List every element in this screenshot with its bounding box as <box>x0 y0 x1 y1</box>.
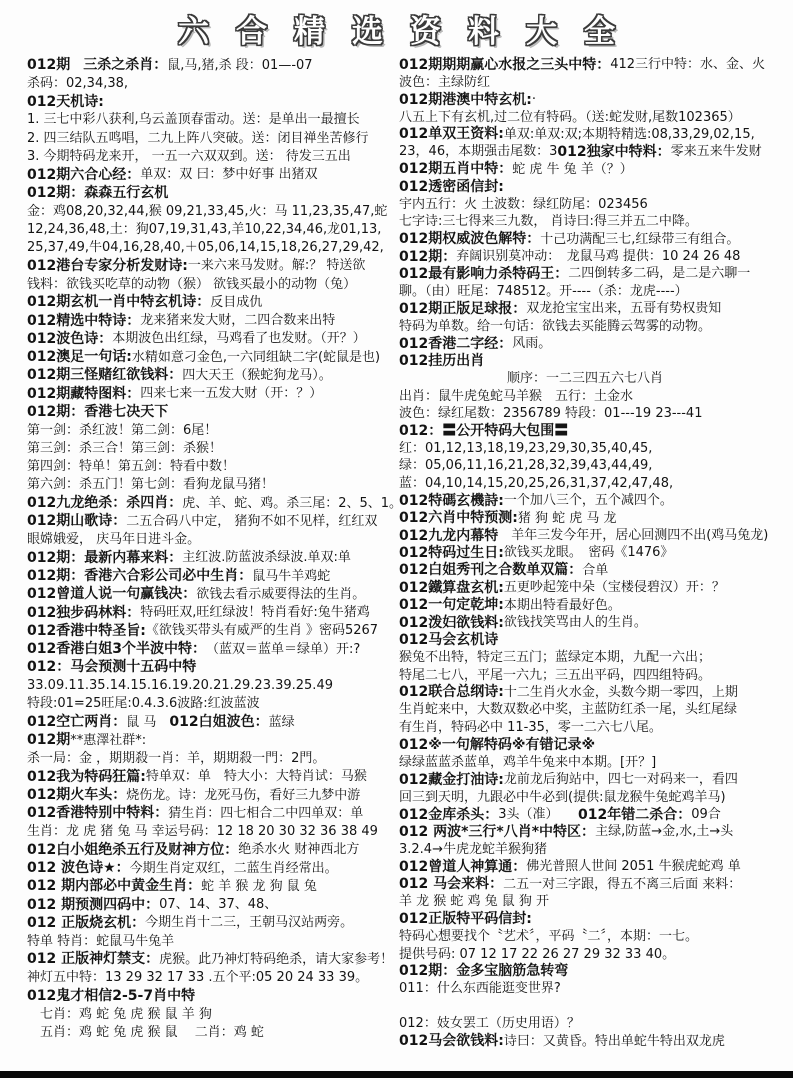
line-text: 聊。（由）旺尾：748512。开----（杀：龙虎----） <box>399 285 688 298</box>
info-line: 012正版特平码信封: <box>399 910 771 927</box>
line-label: 012鬼才相信2-5-7肖中特 <box>27 989 195 1003</box>
info-line: 八五上下有玄机,过二位有特码。（送:蛇发财,尾数102365） <box>399 108 771 125</box>
line-label: 012※一句解特码※有错记录※ <box>399 738 595 752</box>
info-line: 特码心想要找个〝艺术〞，平码〝二〞，本期：一七。 <box>399 928 771 945</box>
line-text: 生肖蛇来中，大数双数必中奖，主蓝防红杀一尾，头红尾绿 <box>399 703 737 716</box>
line-text: 五更吵起笼中朵（宝楼侵碧汉）开：？ <box>504 581 725 594</box>
line-label: 012单双王资料: <box>399 127 504 141</box>
info-line: 特码为单数。给一句话：欲钱去买能腾云驾雾的动物。 <box>399 318 771 335</box>
info-line: 聊。（由）旺尾：748512。开----（杀：龙虎----） <box>399 283 771 300</box>
line-label: 012曾道人神算通： <box>399 860 526 874</box>
line-label: 012 马会来料： <box>399 877 503 891</box>
info-line: 012天机诗: <box>27 93 399 111</box>
info-line: 012期：香港六合彩公司必中生肖：鼠马牛羊鸡蛇 <box>27 567 399 585</box>
info-line: 眼嫦娥爱， 庆马年日进斗金。 <box>27 531 399 549</box>
line-label: 012白姐波色： <box>169 715 268 729</box>
line-label: 012六肖中特预测: <box>399 511 518 525</box>
info-line: 012独步码林料：特码旺双,旺红绿波！特肖看好:兔牛猪鸡 <box>27 604 399 622</box>
line-label: 012最有影响力杀特码王： <box>399 267 568 281</box>
info-line: 012期五肖中特：蛇 虎 牛 兔 羊（？） <box>399 161 771 178</box>
line-text: 四来七来一五发大财（开：？） <box>140 387 322 400</box>
line-text: 欲钱买龙眼。 密码《1476》 <box>504 546 674 559</box>
info-line: 012期**惠澤社群*: <box>27 731 399 749</box>
info-line: 3. 今期特码龙来开， 一五一六双双到。送： 待发三五出 <box>27 147 399 165</box>
line-label: 012 波色诗★： <box>27 861 130 875</box>
line-text: 羊年三发今年开，居心回测四不出(鸡马兔龙) <box>498 529 768 542</box>
info-line: 012：妓女罢工（历史用语）？ <box>399 1015 771 1032</box>
line-text: 绿绿蓝蓝杀蓝单，鸡羊牛兔来中本期。[开？] <box>399 756 656 769</box>
line-label: 012白姐秀刊之合数单双篇： <box>399 563 582 577</box>
line-text: 12,24,36,48,土：狗07,19,31,43,羊10,22,34,46,… <box>27 223 381 236</box>
line-text: 第六剑：杀五门！第七剑：看狗龙鼠马猪！ <box>27 478 274 491</box>
info-line: 012期三怪赌红欲钱料：四大天王（猴蛇狗龙马）。 <box>27 366 399 384</box>
info-line: 012白小姐绝杀五行及财神方位：绝杀水火 财神西北方 <box>27 841 399 859</box>
line-text: 主绿,防蓝→金,水,土→头 <box>595 825 733 838</box>
line-text: 欲钱找笑骂由人的生肖。 <box>504 616 647 629</box>
line-text: 风雨。 <box>512 337 551 350</box>
info-line: 012我为特码狂篇:特单双：单 特大小：大特肖试：马猴 <box>27 768 399 786</box>
line-label: 012期五肖中特： <box>399 162 512 176</box>
line-label: 012期期期赢心水报之三头中特： <box>399 58 610 72</box>
info-line: 012曾道人说一句赢钱决：欲钱去看示威要得法的生肖。 <box>27 585 399 603</box>
info-line: 七肖：鸡 蛇 兔 虎 猴 鼠 羊 狗 <box>27 1005 399 1023</box>
line-label: 012期：最新内幕来料： <box>27 551 182 565</box>
line-text: 25,37,49,牛04,16,28,40,＋05,06,14,15,18,26… <box>27 241 384 254</box>
line-text: 佛光普照人世间 2051 牛猴虎蛇鸡 单 <box>526 860 740 873</box>
line-text: 第三剑：杀三合！第三剑：杀猴！ <box>27 442 222 455</box>
info-line: 绿：05,06,11,16,21,28,32,39,43,44,49, <box>399 457 771 474</box>
line-label: 012特碼玄機詩: <box>399 494 504 508</box>
info-line: 012鐵算盘玄机:五更吵起笼中朵（宝楼侵碧汉）开：？ <box>399 579 771 596</box>
line-label: 012：马会预测十五码中特 <box>27 660 196 674</box>
info-line: 012期：金多宝脑筋急转弯 <box>399 963 771 980</box>
line-text: 主红波.防蓝波杀绿波.单双:单 <box>182 551 351 564</box>
line-text: 提供号码: 07 12 17 22 26 27 29 32 33 40。 <box>399 948 675 961</box>
info-line: 012 正版神灯禁支：虎猴。此乃神灯特码绝杀，请大家参考！ <box>27 950 399 968</box>
line-text: 3头（准） <box>498 808 578 821</box>
info-line: 012香港白姐3个半波中特：（蓝双＝蓝单＝绿单）开:? <box>27 640 399 658</box>
line-text: 绿：05,06,11,16,21,28,32,39,43,44,49, <box>399 459 652 472</box>
info-line <box>399 998 771 1015</box>
line-label: 三杀之杀肖： <box>83 58 167 72</box>
info-line: 012 正版烧玄机：今期生肖十二三，王朝马汉站两旁。 <box>27 914 399 932</box>
info-line: 012期权威波色解特：十己功满配三七,红绿带三有组合。 <box>399 230 771 247</box>
info-line: 012香港特别中特料：猜生肖：四七相合二中四单双：单 <box>27 804 399 822</box>
line-label: 012期 <box>27 733 70 747</box>
info-line: 3.2.4→牛虎龙蛇羊猴狗猪 <box>399 841 771 858</box>
info-line: 特段:01=25旺尾:0.4.3.6波路:红波蓝波 <box>27 695 399 713</box>
line-label: 012联合总纲诗: <box>399 685 504 699</box>
line-text: 虎猴。此乃神灯特码绝杀，请大家参考！ <box>159 953 393 966</box>
line-text: 本期波色出红绿，马鸡看了也发财。（开？） <box>112 332 366 345</box>
line-label: 012 期内部必中黄金生肖： <box>27 879 201 893</box>
info-line: 012：马会预测十五码中特 <box>27 658 399 676</box>
line-label: 012独步码林料： <box>27 606 140 620</box>
line-text: 零来五来牛发财 <box>671 145 762 158</box>
line-text: 单双：双 曰：梦中好事 出猪双 <box>140 168 317 181</box>
info-line: 012期玄机一肖中特玄机诗：反目成仇 <box>27 293 399 311</box>
info-line: 012精选中特诗：龙来猪来发大财，二四合数来出特 <box>27 312 399 330</box>
bottom-border <box>0 1071 793 1078</box>
line-label: 012一句定乾坤: <box>399 598 504 612</box>
info-line: 金：鸡08,20,32,44,猴 09,21,33,45,火：马 11,23,3… <box>27 202 399 220</box>
line-text: 钱料：欲钱买吃草的动物（猴） 欲钱买最小的动物（兔） <box>27 278 356 291</box>
info-line: 012期六合心经：单双：双 曰：梦中好事 出猪双 <box>27 166 399 184</box>
line-label: 012期：森森五行玄机 <box>27 186 168 200</box>
line-label: 012期火车头： <box>27 788 126 802</box>
line-text: 八五上下有玄机,过二位有特码。（送:蛇发财,尾数102365） <box>399 111 741 124</box>
line-label: 012正版特平码信封: <box>399 912 532 926</box>
line-text: 龙前龙后狗站中，四七一对码来一，看四 <box>504 773 738 786</box>
info-line: 有生肖，特码必中 11-35，零一二六七八尾。 <box>399 719 771 736</box>
line-text: 412三行中特：水、金、火 <box>610 58 765 71</box>
info-line: 012 期内部必中黄金生肖：蛇 羊 猴 龙 狗 鼠 兔 <box>27 877 399 895</box>
info-line: 神灯五中特：13 29 32 17 33 .五个平:05 20 24 33 39… <box>27 969 399 987</box>
info-line: 绿绿蓝蓝杀蓝单，鸡羊牛兔来中本期。[开？] <box>399 754 771 771</box>
line-text: 五肖：鸡 蛇 兔 虎 猴 鼠 二肖：鸡 蛇 <box>27 1026 264 1039</box>
info-line: 猴兔不出特，特定三五门；蓝绿定本期，九配一六出； <box>399 649 771 666</box>
info-line: 012期：森森五行玄机 <box>27 184 399 202</box>
info-line: 012联合总纲诗:十二生肖火水金，头数今期一零四，上期 <box>399 684 771 701</box>
info-line: 012特碼玄機詩:一个加八三个，五个减四个。 <box>399 492 771 509</box>
line-text: 烧伤龙。诗：龙死马伤，看好三九梦中游 <box>126 789 360 802</box>
line-text: 一来六来马发财。解:？ 特送欲 <box>188 259 366 272</box>
page-header: 六合精选资料大全 <box>0 0 793 56</box>
line-text: 欲钱去看示威要得法的生肖。 <box>196 588 365 601</box>
info-line: 012最有影响力杀特码王：二四倒转多二码，是二是六聊一 <box>399 265 771 282</box>
line-label: 012期： <box>399 250 456 264</box>
line-text: 蓝绿 <box>269 716 295 729</box>
info-line: 012香港二字经：风雨。 <box>399 335 771 352</box>
info-line: 生肖：龙 虎 猪 兔 马 幸运号码：12 18 20 30 32 36 38 4… <box>27 823 399 841</box>
line-label: 012九龙内幕特 <box>399 529 498 543</box>
info-line: 012九龙绝杀：杀四肖：虎、羊、蛇、鸡。杀三尾：2、5、1。 <box>27 494 399 512</box>
line-label: 012期藏特图料： <box>27 387 140 401</box>
line-text: 神灯五中特：13 29 32 17 33 .五个平:05 20 24 33 39… <box>27 971 368 984</box>
line-text: 诗曰：又黄昏。特出单蛇牛特出双龙虎 <box>504 1035 725 1048</box>
line-text: 本期出特看最好色。 <box>504 599 621 612</box>
info-line: 012澳足一句话:水精如意刁金色,一六同组缺二字(蛇鼠是也) <box>27 348 399 366</box>
line-text: 合单 <box>582 564 608 577</box>
info-line: 1. 三七中彩八获利,乌云盖顶春雷动。送：是单出一最擅长 <box>27 111 399 129</box>
line-label: 012期三怪赌红欲钱料： <box>27 368 182 382</box>
info-line: 012特码过生日:欲钱买龙眼。 密码《1476》 <box>399 544 771 561</box>
line-text: 十己功满配三七,红绿带三有组合。 <box>540 233 739 246</box>
line-text: 2. 四三结队五鸣唱，二九上阵八突破。送：闭目禅坐苦修行 <box>27 132 369 145</box>
info-line: 012马会玄机诗 <box>399 631 771 648</box>
info-line: 钱料：欲钱买吃草的动物（猴） 欲钱买最小的动物（兔） <box>27 275 399 293</box>
line-label: 012精选中特诗： <box>27 314 140 328</box>
info-line: 012香港中特圣旨:《欲钱买带头有威严的生肖 》密码5267 <box>27 622 399 640</box>
line-text: 十二生肖火水金，头数今期一零四，上期 <box>504 686 738 699</box>
left-column: 012期 三杀之杀肖：鼠,马,猪,杀 段：01—-07杀码：02,34,38,0… <box>27 56 399 1050</box>
info-line: 23，46，本期强击尾数：3 012独家中特料：零来五来牛发财 <box>399 143 771 160</box>
lottery-info-sheet: 六合精选资料大全 012期 三杀之杀肖：鼠,马,猪,杀 段：01—-07杀码：0… <box>0 0 793 1050</box>
line-text <box>70 59 83 72</box>
info-line: 012波色诗：本期波色出红绿，马鸡看了也发财。（开？） <box>27 330 399 348</box>
line-text: 今期生肖十二三，王朝马汉站两旁。 <box>145 916 353 929</box>
line-text: 二五一对三字跟，得五不离三后面 来料： <box>503 878 741 891</box>
info-line: 012挂历出肖 <box>399 352 771 369</box>
line-text: 特码为单数。给一句话：欲钱去买能腾云驾雾的动物。 <box>399 320 711 333</box>
line-label: 012鐵算盘玄机: <box>399 581 504 595</box>
line-label: 012我为特码狂篇: <box>27 770 146 784</box>
line-text: 3. 今期特码龙来开， 一五一六双双到。送： 待发三五出 <box>27 150 351 163</box>
info-line: 出肖：鼠牛虎兔蛇马羊猴 五行：土金水 <box>399 387 771 404</box>
line-label: 012 两波*三行*八肖*中特区： <box>399 825 595 839</box>
line-label: 012期权威波色解特： <box>399 232 540 246</box>
line-text: 眼嫦娥爱， 庆马年日进斗金。 <box>27 533 200 546</box>
line-label: 012波色诗： <box>27 332 112 346</box>
line-text: 二四倒转多二码，是二是六聊一 <box>568 267 750 280</box>
info-line: 012期 三杀之杀肖：鼠,马,猪,杀 段：01—-07 <box>27 56 399 74</box>
line-text: 特尾二七八，平尾一六九；三五出平码，四四组特码。 <box>399 669 711 682</box>
line-text: 猜生肖：四七相合二中四单双：单 <box>168 807 363 820</box>
line-text: （蓝双＝蓝单＝绿单）开:? <box>206 643 360 656</box>
info-line: 012期山歌诗：二五合码八中定， 猪狗不如不见样，红红双 <box>27 512 399 530</box>
line-label: 012天机诗: <box>27 95 104 109</box>
line-text: 鼠 马 <box>126 716 169 729</box>
line-label: 012期：香港六合彩公司必中生肖： <box>27 569 252 583</box>
line-text: 生肖：龙 虎 猪 兔 马 幸运号码：12 18 20 30 32 36 38 4… <box>27 825 378 838</box>
line-text: 蛇 虎 牛 兔 羊（？） <box>512 163 633 176</box>
info-line: 33.09.11.35.14.15.16.19.20.21.29.23.39.2… <box>27 677 399 695</box>
line-text: 羊 龙 猴 蛇 鸡 兔 鼠 狗 开 <box>399 895 549 908</box>
info-line: 012 期预测四码中：07、14、37、48、 <box>27 896 399 914</box>
line-text: 杀一局：金 ，期期殺一肖：羊，期期殺一門：2門。 <box>27 752 325 765</box>
line-label: 012期港澳中特玄机: <box>399 93 532 107</box>
line-label: 012马会玄机诗 <box>399 633 498 647</box>
line-text: · <box>532 93 536 106</box>
line-text: 特单双：单 特大小：大特肖试：马猴 <box>146 770 367 783</box>
line-text: 09合 <box>691 808 721 821</box>
info-line: 顺序：一二三四五六七八肖 <box>399 370 771 387</box>
info-line: 012期：香港七决天下 <box>27 403 399 421</box>
info-line: 012藏金打油诗:龙前龙后狗站中，四七一对码来一，看四 <box>399 771 771 788</box>
line-label: 012曾道人说一句赢钱决： <box>27 587 196 601</box>
line-text: 波色：绿红尾数：2356789 特段：01---19 23---41 <box>399 407 702 420</box>
info-line: 提供号码: 07 12 17 22 26 27 29 32 33 40。 <box>399 945 771 962</box>
info-line: 012马会欲钱料:诗曰：又黄昏。特出单蛇牛特出双龙虎 <box>399 1033 771 1050</box>
content-columns: 012期 三杀之杀肖：鼠,马,猪,杀 段：01—-07杀码：02,34,38,0… <box>0 56 793 1050</box>
line-label: 012香港二字经： <box>399 337 512 351</box>
line-label: 012空亡两肖： <box>27 715 126 729</box>
line-text: 蓝：04,10,14,15,20,25,26,31,37,42,47,48, <box>399 477 673 490</box>
line-label: 012独家中特料： <box>557 145 670 159</box>
line-text: 红：01,12,13,18,19,23,29,30,35,40,45, <box>399 442 652 455</box>
line-text: 特码旺双,旺红绿波！特肖看好:兔牛猪鸡 <box>140 606 370 619</box>
line-label: 012期：香港七决天下 <box>27 405 168 419</box>
info-line: 五肖：鸡 蛇 兔 虎 猴 鼠 二肖：鸡 蛇 <box>27 1023 399 1041</box>
info-line: 012鬼才相信2-5-7肖中特 <box>27 987 399 1005</box>
line-text: 水精如意刁金色,一六同组缺二字(蛇鼠是也) <box>132 351 380 364</box>
info-line: 第三剑：杀三合！第三剑：杀猴！ <box>27 439 399 457</box>
info-line: 012期港澳中特玄机: · <box>399 91 771 108</box>
info-line: 红：01,12,13,18,19,23,29,30,35,40,45, <box>399 440 771 457</box>
info-line: 012 波色诗★：今期生肖定双红，二蓝生肖经常出。 <box>27 859 399 877</box>
line-text: 鼠马牛羊鸡蛇 <box>252 570 330 583</box>
line-label: 012 正版神灯禁支： <box>27 952 159 966</box>
line-text: 011：什么东西能逛变世界? <box>399 982 561 995</box>
info-line: 012※一句解特码※有错记录※ <box>399 736 771 753</box>
info-line: 012空亡两肖：鼠 马 012白姐波色：蓝绿 <box>27 713 399 731</box>
line-text: 一个加八三个，五个减四个。 <box>504 494 673 507</box>
line-label: 012特码过生日: <box>399 546 504 560</box>
line-label: 012期六合心经： <box>27 168 140 182</box>
line-label: 012泼妇欲钱料: <box>399 616 504 630</box>
line-text: 波色：主绿防红 <box>399 76 490 89</box>
line-text: 23，46，本期强击尾数：3 <box>399 145 557 158</box>
line-label: 012期正版足球报： <box>399 302 526 316</box>
line-text: 反目成仇 <box>210 296 262 309</box>
line-text: 回三到天明，九跟必中牛必到(提供:鼠龙猴牛兔蛇鸡羊马) <box>399 791 726 804</box>
info-line: 杀一局：金 ，期期殺一肖：羊，期期殺一門：2門。 <box>27 750 399 768</box>
info-line: 012 马会来料：二五一对三字跟，得五不离三后面 来料： <box>399 876 771 893</box>
info-line: 012泼妇欲钱料:欲钱找笑骂由人的生肖。 <box>399 614 771 631</box>
line-text: **惠澤社群*: <box>70 734 146 747</box>
info-line: 012港台专家分析发财诗:一来六来马发财。解:？ 特送欲 <box>27 257 399 275</box>
info-line: 七字诗:三七得来三九数， 肖诗曰:得三并五二中降。 <box>399 213 771 230</box>
info-line: 012白姐秀刊之合数单双篇：合单 <box>399 562 771 579</box>
line-text: 龙来猪来发大财，二四合数来出特 <box>140 314 335 327</box>
line-text: 特单 特肖：蛇鼠马牛兔羊 <box>27 935 174 948</box>
info-line: 012九龙内幕特 羊年三发今年开，居心回测四不出(鸡马兔龙) <box>399 527 771 544</box>
info-line: 第六剑：杀五门！第七剑：看狗龙鼠马猪！ <box>27 476 399 494</box>
page-title: 六合精选资料大全 <box>151 6 642 51</box>
info-line: 012：〓公开特码大包围〓 <box>399 422 771 439</box>
line-text: 特段:01=25旺尾:0.4.3.6波路:红波蓝波 <box>27 697 260 710</box>
info-line: 012期火车头：烧伤龙。诗：龙死马伤，看好三九梦中游 <box>27 786 399 804</box>
line-label: 012期：金多宝脑筋急转弯 <box>399 964 568 978</box>
info-line: 012曾道人神算通：佛光普照人世间 2051 牛猴虎蛇鸡 单 <box>399 858 771 875</box>
line-label: 012金库杀头： <box>399 808 498 822</box>
line-text: 单双:单双:双;本期特精选:08,33,29,02,15, <box>504 128 755 141</box>
line-text: 杀码：02,34,38, <box>27 77 128 90</box>
info-line: 羊 龙 猴 蛇 鸡 兔 鼠 狗 开 <box>399 893 771 910</box>
info-line: 特尾二七八，平尾一六九；三五出平码，四四组特码。 <box>399 666 771 683</box>
line-text: 出肖：鼠牛虎兔蛇马羊猴 五行：土金水 <box>399 390 633 403</box>
info-line: 012透密函信封: <box>399 178 771 195</box>
line-text: 七肖：鸡 蛇 兔 虎 猴 鼠 羊 狗 <box>27 1008 212 1021</box>
line-text: 绝杀水火 财神西北方 <box>238 843 359 856</box>
line-label: 012香港白姐3个半波中特： <box>27 642 206 656</box>
line-label: 012白小姐绝杀五行及财神方位： <box>27 843 238 857</box>
line-text: 宇内五行：火 土波数：绿红防尾：023456 <box>399 198 648 211</box>
line-text: 有生肖，特码必中 11-35，零一二六七八尾。 <box>399 721 662 734</box>
line-text: 3.2.4→牛虎龙蛇羊猴狗猪 <box>399 843 547 856</box>
line-text: 第四剑：特单！第五剑：特看中数！ <box>27 460 235 473</box>
line-text: 鼠,马,猪,杀 段：01—-07 <box>167 59 312 72</box>
line-label: 012香港特别中特料： <box>27 806 168 820</box>
line-label: 012藏金打油诗: <box>399 773 504 787</box>
info-line: 宇内五行：火 土波数：绿红防尾：023456 <box>399 196 771 213</box>
line-text: 1. 三七中彩八获利,乌云盖顶春雷动。送：是单出一最擅长 <box>27 113 360 126</box>
info-line: 生肖蛇来中，大数双数必中奖，主蓝防红杀一尾，头红尾绿 <box>399 701 771 718</box>
line-text: 弃阔识别莫冲动： 龙鼠马鸡 提供：10 24 26 48 <box>456 250 740 263</box>
info-line: 25,37,49,牛04,16,28,40,＋05,06,14,15,18,26… <box>27 239 399 257</box>
info-line: 012期：最新内幕来料：主红波.防蓝波杀绿波.单双:单 <box>27 549 399 567</box>
line-label: 012年错二杀合： <box>578 808 691 822</box>
line-text: 猪 狗 蛇 虎 马 龙 <box>518 512 617 525</box>
right-column: 012期期期赢心水报之三头中特：412三行中特：水、金、火波色：主绿防红012期… <box>399 56 771 1050</box>
info-line: 012单双王资料:单双:单双:双;本期特精选:08,33,29,02,15, <box>399 126 771 143</box>
info-line: 第一剑：杀红波！第二剑：6尾！ <box>27 421 399 439</box>
info-line: 012一句定乾坤:本期出特看最好色。 <box>399 597 771 614</box>
info-line: 2. 四三结队五鸣唱，二九上阵八突破。送：闭目禅坐苦修行 <box>27 129 399 147</box>
line-label: 012马会欲钱料: <box>399 1034 504 1048</box>
line-text: 特码心想要找个〝艺术〞，平码〝二〞，本期：一七。 <box>399 930 698 943</box>
line-label: 012期 <box>27 58 70 72</box>
info-line: 012 两波*三行*八肖*中特区：主绿,防蓝→金,水,土→头 <box>399 823 771 840</box>
line-text: 四大天王（猴蛇狗龙马）。 <box>182 369 332 382</box>
line-label: 012挂历出肖 <box>399 354 484 368</box>
info-line: 012期藏特图料：四来七来一五发大财（开：？） <box>27 385 399 403</box>
info-line: 012六肖中特预测:猪 狗 蛇 虎 马 龙 <box>399 509 771 526</box>
line-label: 012透密函信封: <box>399 180 504 194</box>
line-label: 012九龙绝杀：杀四肖： <box>27 496 182 510</box>
line-label: 012澳足一句话: <box>27 350 132 364</box>
line-label: 012香港中特圣旨: <box>27 624 146 638</box>
info-line: 杀码：02,34,38, <box>27 74 399 92</box>
line-text: 07、14、37、48、 <box>159 898 277 911</box>
info-line: 012期：弃阔识别莫冲动： 龙鼠马鸡 提供：10 24 26 48 <box>399 248 771 265</box>
info-line: 第四剑：特单！第五剑：特看中数！ <box>27 458 399 476</box>
line-label: 012 正版烧玄机： <box>27 916 145 930</box>
info-line: 波色：绿红尾数：2356789 特段：01---19 23---41 <box>399 405 771 422</box>
line-text: 第一剑：杀红波！第二剑：6尾！ <box>27 424 217 437</box>
line-text: 二五合码八中定， 猪狗不如不见样，红红双 <box>126 515 377 528</box>
line-label: 012港台专家分析发财诗: <box>27 259 188 273</box>
line-text: 蛇 羊 猴 龙 狗 鼠 兔 <box>201 880 317 893</box>
info-line: 波色：主绿防红 <box>399 73 771 90</box>
line-label: 012期玄机一肖中特玄机诗： <box>27 295 210 309</box>
line-text: 虎、羊、蛇、鸡。杀三尾：2、5、1。 <box>182 497 402 510</box>
line-text: 33.09.11.35.14.15.16.19.20.21.29.23.39.2… <box>27 679 333 692</box>
info-line: 回三到天明，九跟必中牛必到(提供:鼠龙猴牛兔蛇鸡羊马) <box>399 788 771 805</box>
line-text: 七字诗:三七得来三九数， 肖诗曰:得三并五二中降。 <box>399 215 698 228</box>
info-line: 012金库杀头：3头（准） 012年错二杀合：09合 <box>399 806 771 823</box>
info-line: 特单 特肖：蛇鼠马牛兔羊 <box>27 932 399 950</box>
line-text: 猴兔不出特，特定三五门；蓝绿定本期，九配一六出； <box>399 651 711 664</box>
line-text: 012：妓女罢工（历史用语）？ <box>399 1017 580 1030</box>
line-text: 顺序：一二三四五六七八肖 <box>507 372 663 385</box>
info-line: 蓝：04,10,14,15,20,25,26,31,37,42,47,48, <box>399 475 771 492</box>
line-text: 金：鸡08,20,32,44,猴 09,21,33,45,火：马 11,23,3… <box>27 205 387 218</box>
info-line: 012期期期赢心水报之三头中特：412三行中特：水、金、火 <box>399 56 771 73</box>
info-line: 12,24,36,48,土：狗07,19,31,43,羊10,22,34,46,… <box>27 220 399 238</box>
line-label: 012 期预测四码中： <box>27 898 159 912</box>
line-text: 今期生肖定双红，二蓝生肖经常出。 <box>130 862 338 875</box>
line-text: 《欲钱买带头有威严的生肖 》密码5267 <box>146 624 378 637</box>
line-label: 012期山歌诗： <box>27 514 126 528</box>
line-label: 012：〓公开特码大包围〓 <box>399 424 568 438</box>
info-line: 011：什么东西能逛变世界? <box>399 980 771 997</box>
line-text: 双龙抢宝宝出来，五哥有势权贵知 <box>526 302 721 315</box>
info-line: 012期正版足球报：双龙抢宝宝出来，五哥有势权贵知 <box>399 300 771 317</box>
